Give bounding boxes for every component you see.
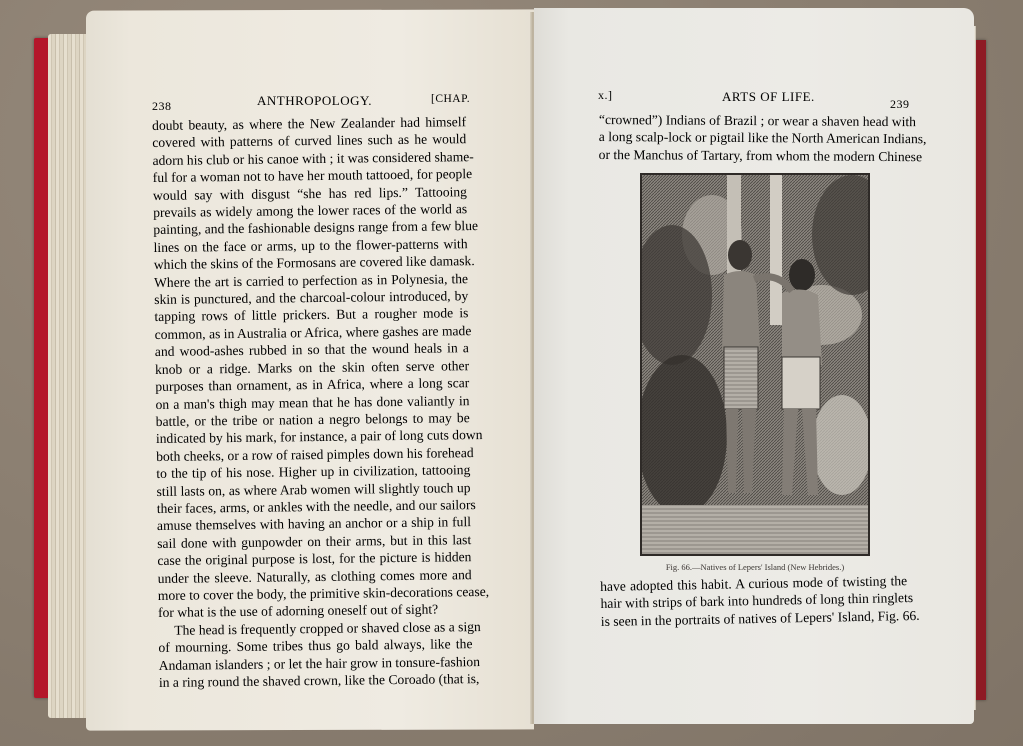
right-page-number: 239 (890, 97, 910, 112)
right-page-body-bottom: have adopted this habit. A curious mode … (600, 572, 908, 630)
figure-engraving (640, 173, 870, 556)
text-line: a long scalp-lock or pigtail like the No… (599, 128, 907, 148)
natives-illustration (642, 175, 868, 554)
text-line: “crowned”) Indians of Brazil ; or wear a… (599, 111, 907, 131)
text-line: or the Manchus of Tartary, from whom the… (599, 146, 907, 166)
left-page-body: doubt beauty, as where the New Zealander… (152, 113, 473, 691)
right-page-body-top: “crowned”) Indians of Brazil ; or wear a… (599, 111, 907, 165)
right-running-head: ARTS OF LIFE. (722, 89, 815, 105)
left-chapter-marker: [CHAP. (431, 93, 470, 105)
figure-caption: Fig. 66.—Natives of Lepers' Island (New … (595, 562, 915, 572)
right-chapter-marker: x.] (598, 88, 613, 103)
left-running-head: ANTHROPOLOGY. (257, 93, 372, 109)
left-page-number: 238 (152, 99, 172, 114)
